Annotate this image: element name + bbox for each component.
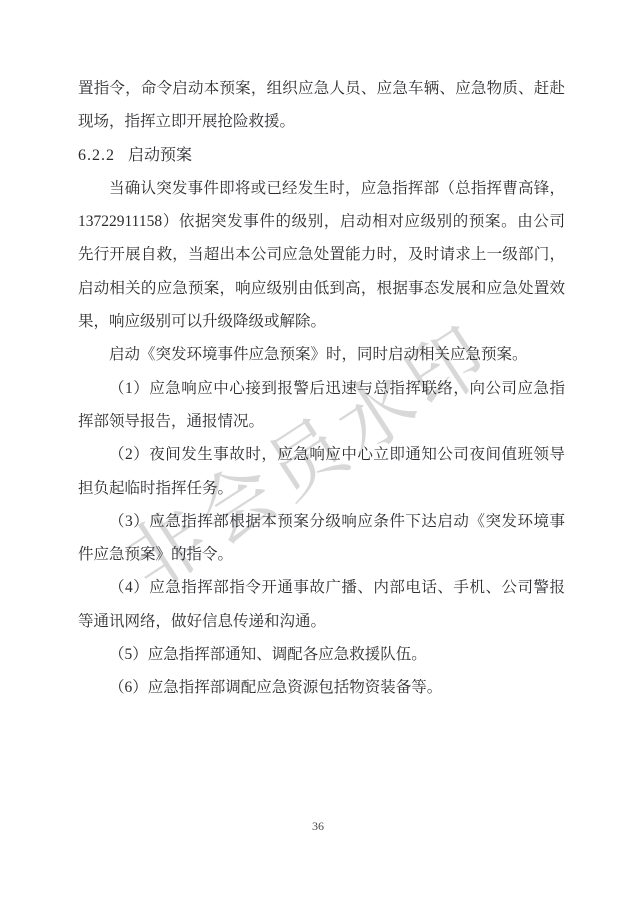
paragraph-continuation: 置指令，命令启动本预案，组织应急人员、应急车辆、应急物质、赶赴现场，指挥立即开展… xyxy=(78,72,565,139)
list-item-6: （6）应急指挥部调配应急资源包括物资装备等。 xyxy=(78,671,565,704)
list-item-1: （1）应急响应中心接到报警后迅速与总指挥联络，向公司应急指挥部领导报告，通报情况… xyxy=(78,372,565,439)
paragraph-activation: 当确认突发事件即将或已经发生时，应急指挥部（总指挥曹高锋，13722911158… xyxy=(78,172,565,338)
list-item-5: （5）应急指挥部通知、调配各应急救援队伍。 xyxy=(78,638,565,671)
section-heading: 6.2.2启动预案 xyxy=(78,139,565,172)
page-number: 36 xyxy=(0,819,636,834)
paragraph-simultaneous: 启动《突发环境事件应急预案》时，同时启动相关应急预案。 xyxy=(78,338,565,371)
section-heading-title: 启动预案 xyxy=(128,147,192,164)
document-page: 非会员水印 置指令，命令启动本预案，组织应急人员、应急车辆、应急物质、赶赴现场，… xyxy=(0,0,636,900)
list-item-2: （2）夜间发生事故时，应急响应中心立即通知公司夜间值班领导担负起临时指挥任务。 xyxy=(78,438,565,505)
list-item-3: （3）应急指挥部根据本预案分级响应条件下达启动《突发环境事件应急预案》的指令。 xyxy=(78,505,565,572)
list-item-4: （4）应急指挥部指令开通事故广播、内部电话、手机、公司警报等通讯网络，做好信息传… xyxy=(78,571,565,638)
section-heading-number: 6.2.2 xyxy=(78,147,115,164)
document-body: 置指令，命令启动本预案，组织应急人员、应急车辆、应急物质、赶赴现场，指挥立即开展… xyxy=(78,72,565,705)
